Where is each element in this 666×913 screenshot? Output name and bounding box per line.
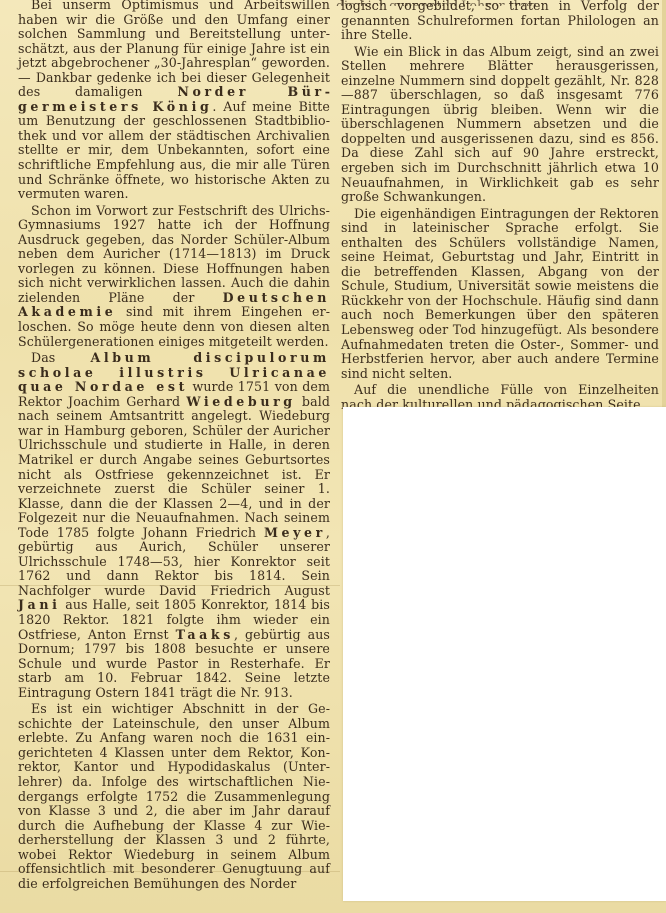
- paragraph: Wie ein Blick in das Album zeigt, sind a…: [341, 45, 659, 205]
- paragraph-text: bald nach seinem Amtsantritt angelegt. W…: [18, 394, 330, 540]
- paper-edge: [662, 0, 666, 407]
- paragraph: Bei unserm Optimismus und Arbeitswillen …: [18, 0, 330, 202]
- paragraph: Das Album discipulorum scholae illustris…: [18, 351, 330, 700]
- paragraph-text: logisch vorgebildet, so traten in Verfol…: [341, 0, 659, 42]
- right-column: logisch vorgebildet, so traten in Verfol…: [341, 0, 659, 412]
- paragraph: Die eigenhändigen Eintragungen der Rek­t…: [341, 207, 659, 382]
- paragraph-text: . Auf meine Bitte um Benutzung der gesch…: [18, 99, 330, 201]
- left-column: Bei unserm Optimismus und Arbeitswillen …: [18, 0, 330, 891]
- paragraph: logisch vorgebildet, so traten in Verfol…: [341, 0, 659, 43]
- emphasized-name: Jani: [18, 597, 60, 612]
- emphasized-name: Wiedeburg: [186, 394, 295, 409]
- paragraph-text: Das: [31, 350, 91, 365]
- blank-cutout-area: [343, 407, 666, 901]
- emphasized-name: Meyer: [264, 525, 326, 540]
- paragraph: Schon im Vorwort zur Festschrift des Ulr…: [18, 204, 330, 349]
- paragraph-text: Wie ein Blick in das Album zeigt, sind a…: [341, 44, 659, 204]
- paragraph-text: Die eigenhändigen Eintragungen der Rek­t…: [341, 206, 659, 381]
- paragraph-text: Es ist ein wichtiger Abschnitt in der Ge…: [18, 701, 330, 891]
- emphasized-name: Taaks: [176, 627, 234, 642]
- paragraph: Es ist ein wichtiger Abschnitt in der Ge…: [18, 702, 330, 891]
